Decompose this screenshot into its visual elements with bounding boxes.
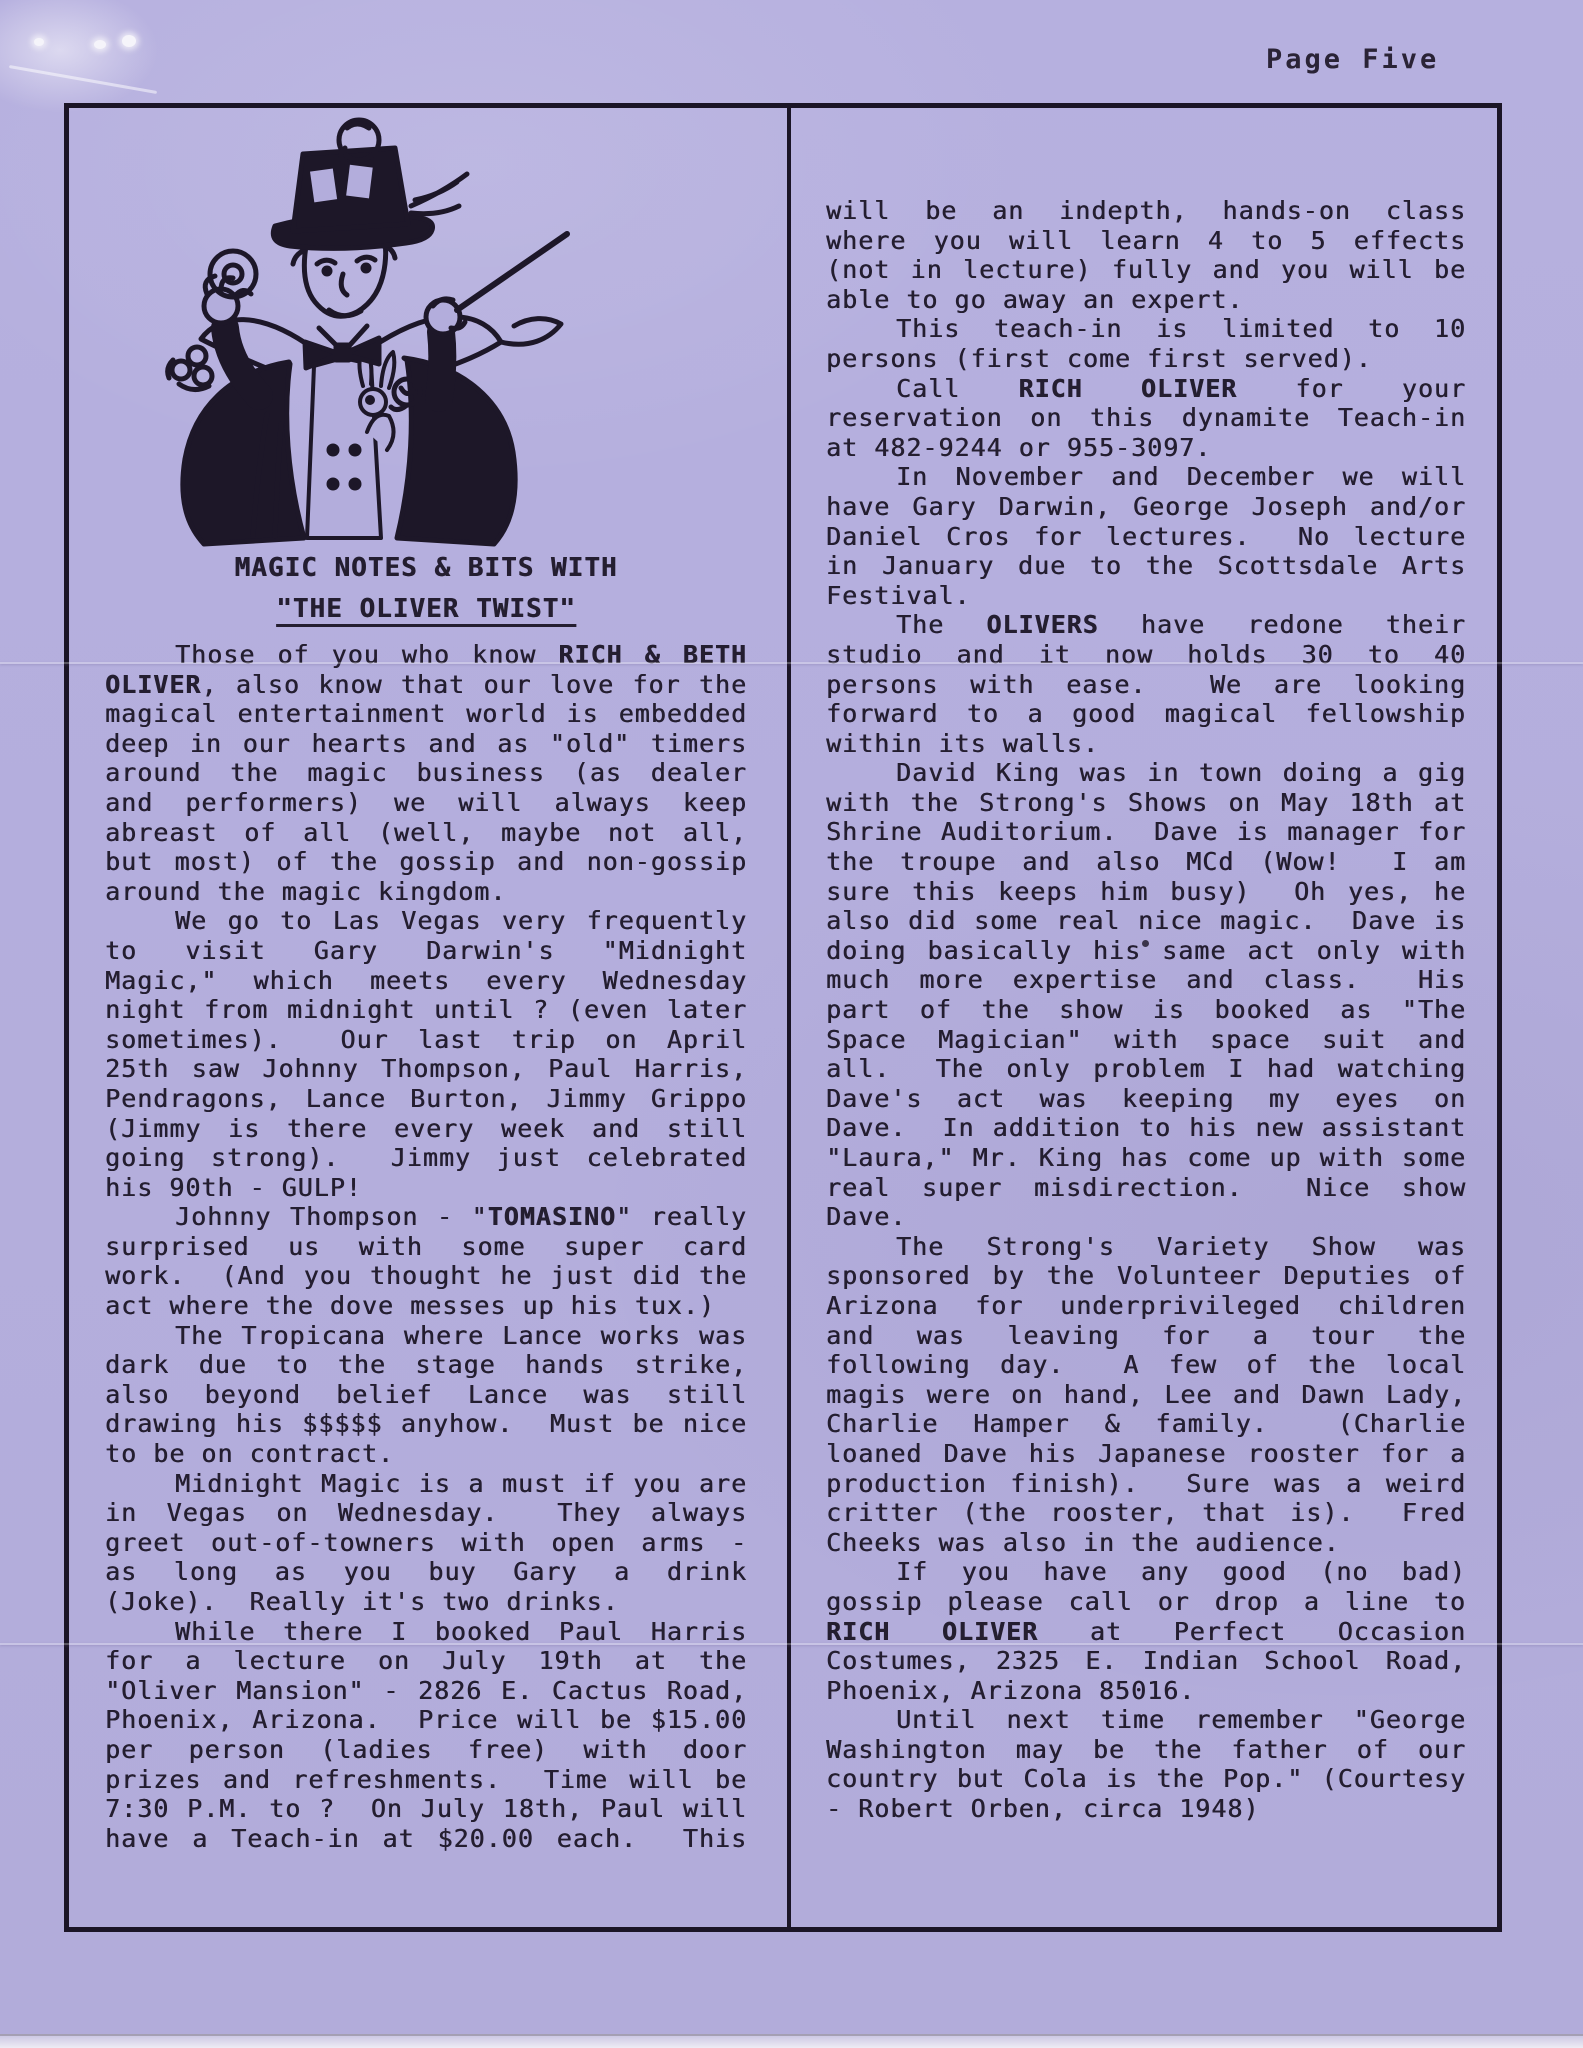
staple-hole <box>122 35 136 47</box>
paragraph: Johnny Thompson - "TOMASINO" really surp… <box>105 1202 747 1320</box>
text-run: Those of you who know <box>175 640 558 669</box>
scanned-newsletter-page: { "page": { "number_label": "Page Five",… <box>0 0 1583 2048</box>
staple-hole <box>34 38 44 46</box>
paragraph: While there I booked Paul Harris for a l… <box>105 1617 747 1854</box>
text-run: David King was in town doing a gig with … <box>826 758 1466 1231</box>
paper-bottom-edge <box>0 2034 1583 2048</box>
ink-speck <box>1142 940 1149 947</box>
paragraph: The Tropicana where Lance works was dark… <box>105 1321 747 1469</box>
paragraph: Call RICH OLIVER for your reservation on… <box>826 374 1466 463</box>
paragraph: The Strong's Variety Show was sponsored … <box>826 1232 1466 1558</box>
bold-text: RICH OLIVER <box>826 1617 1038 1646</box>
staple-hole <box>94 40 106 49</box>
paragraph: The OLIVERS have redone their studio and… <box>826 610 1466 758</box>
page-number: Page Five <box>1266 44 1439 75</box>
bold-text: RICH OLIVER <box>1018 374 1237 403</box>
text-run: This teach-in is limited to 10 persons (… <box>826 314 1466 373</box>
left-column: Those of you who know RICH & BETH OLIVER… <box>105 640 747 1853</box>
text-run: Until next time remember "George Washing… <box>826 1705 1466 1823</box>
bold-text: TOMASINO <box>488 1202 616 1231</box>
content-frame: MAGIC NOTES & BITS WITH "THE OLIVER TWIS… <box>64 103 1502 1932</box>
text-run: If you have any good (no bad) gossip ple… <box>826 1557 1466 1616</box>
paragraph: Those of you who know RICH & BETH OLIVER… <box>105 640 747 906</box>
text-run: , also know that our love for the magica… <box>105 670 747 906</box>
paragraph: Midnight Magic is a must if you are in V… <box>105 1469 747 1617</box>
paragraph: will be an indepth, hands-on class where… <box>826 196 1466 314</box>
heading-line-1: MAGIC NOTES & BITS WITH <box>105 548 747 589</box>
paragraph: We go to Las Vegas very frequently to vi… <box>105 906 747 1202</box>
text-run: Call <box>896 374 1018 403</box>
paragraph: David King was in town doing a gig with … <box>826 758 1466 1232</box>
bold-text: OLIVERS <box>986 610 1098 639</box>
text-run: In November and December we will have Ga… <box>826 462 1466 609</box>
text-run: will be an indepth, hands-on class where… <box>826 196 1466 314</box>
paragraph: Until next time remember "George Washing… <box>826 1705 1466 1823</box>
text-run: The Strong's Variety Show was sponsored … <box>826 1232 1466 1557</box>
text-run: The Tropicana where Lance works was dark… <box>105 1321 747 1468</box>
column-divider <box>787 108 791 1927</box>
heading-line-2: "THE OLIVER TWIST" <box>105 589 747 630</box>
text-run: Johnny Thompson - " <box>175 1202 488 1231</box>
paragraph: If you have any good (no bad) gossip ple… <box>826 1557 1466 1705</box>
section-heading: MAGIC NOTES & BITS WITH "THE OLIVER TWIS… <box>105 548 747 630</box>
paper-crease <box>9 65 157 94</box>
paragraph: In November and December we will have Ga… <box>826 462 1466 610</box>
magician-illustration <box>109 114 579 552</box>
text-run: While there I booked Paul Harris for a l… <box>105 1617 747 1853</box>
text-run: We go to Las Vegas very frequently to vi… <box>105 906 747 1201</box>
paragraph: This teach-in is limited to 10 persons (… <box>826 314 1466 373</box>
text-run: The <box>896 610 986 639</box>
right-column: will be an indepth, hands-on class where… <box>826 196 1466 1824</box>
text-run: Midnight Magic is a must if you are in V… <box>105 1469 747 1616</box>
